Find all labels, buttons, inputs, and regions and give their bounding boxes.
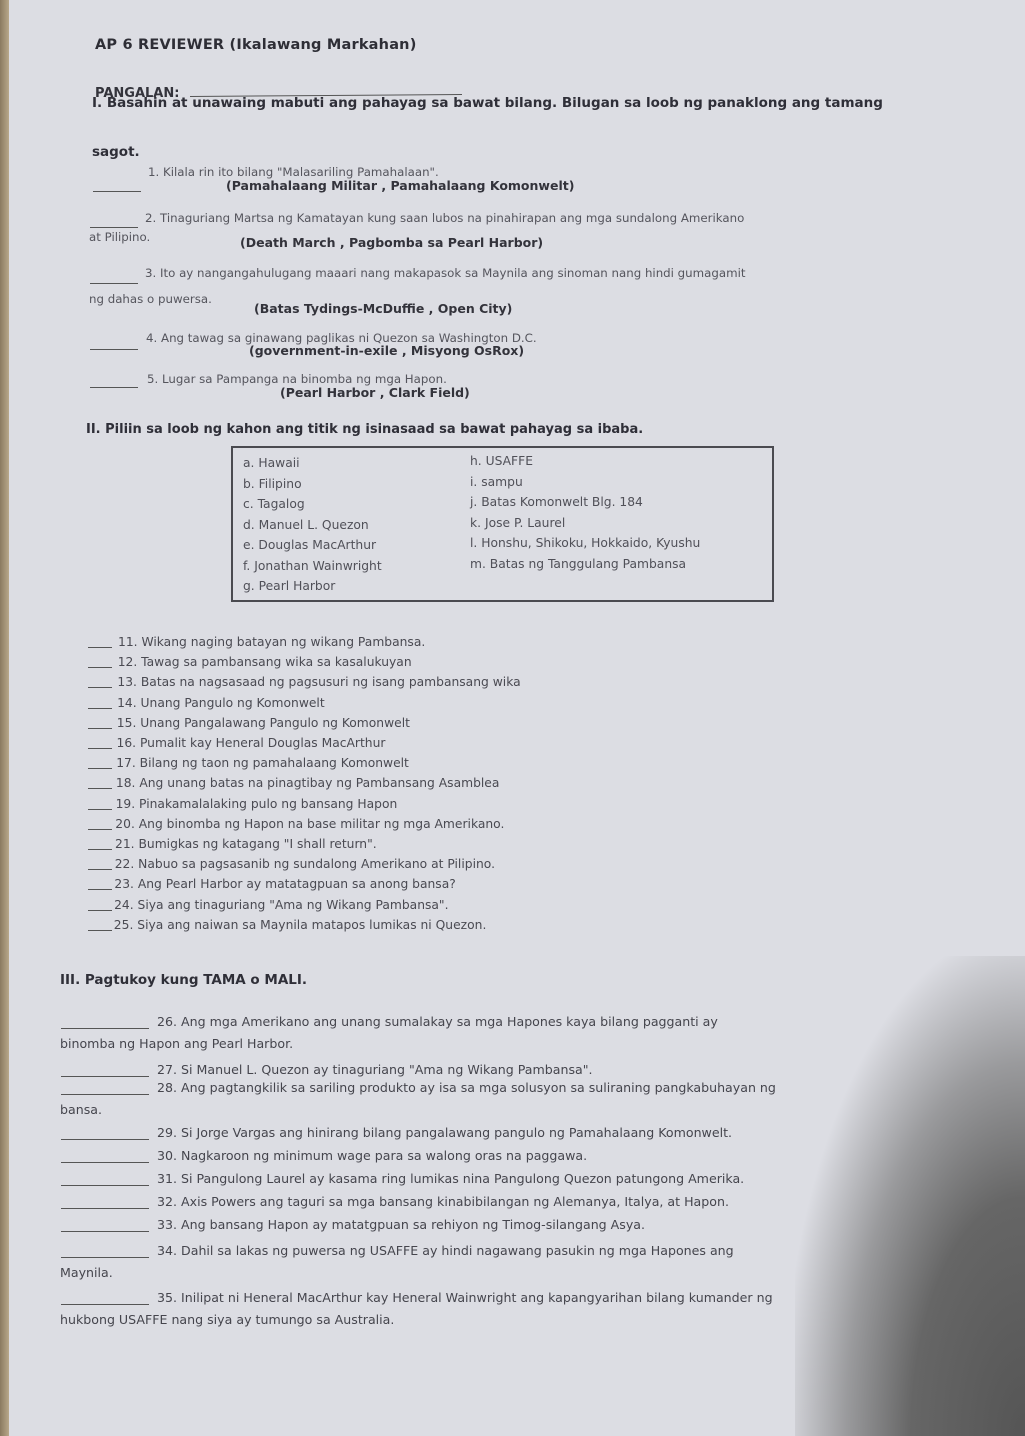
question-2: 2. Tinaguriang Martsa ng Kamatayan kung … (145, 211, 744, 225)
answer-blank[interactable] (61, 1076, 149, 1077)
answer-blank[interactable] (61, 1162, 149, 1163)
word-bank-item: j. Batas Komonwelt Blg. 184 (470, 495, 643, 509)
word-bank-item: f. Jonathan Wainwright (243, 559, 382, 573)
choices-2[interactable]: (Death March , Pagbomba sa Pearl Harbor) (240, 235, 543, 250)
part3-instruction: III. Pagtukoy kung TAMA o MALI. (60, 972, 307, 988)
choices-4[interactable]: (government-in-exile , Misyong OsRox) (249, 343, 524, 358)
question-item: 20. Ang binomba ng Hapon na base militar… (115, 817, 504, 831)
statement-item: 29. Si Jorge Vargas ang hinirang bilang … (157, 1125, 732, 1140)
choices-3[interactable]: (Batas Tydings-McDuffie , Open City) (254, 301, 512, 316)
statement-item: 31. Si Pangulong Laurel ay kasama ring l… (157, 1171, 744, 1186)
word-bank-item: c. Tagalog (243, 497, 305, 511)
statement-item-cont: binomba ng Hapon ang Pearl Harbor. (60, 1036, 293, 1051)
question-item: 24. Siya ang tinaguriang "Ama ng Wikang … (114, 898, 448, 912)
statement-item-cont: hukbong USAFFE nang siya ay tumungo sa A… (60, 1312, 394, 1327)
question-item: 23. Ang Pearl Harbor ay matatagpuan sa a… (114, 877, 455, 891)
statement-item: 27. Si Manuel L. Quezon ay tinaguriang "… (157, 1062, 593, 1077)
answer-blank[interactable] (61, 1094, 149, 1095)
answer-blank[interactable] (88, 849, 112, 850)
answer-blank[interactable] (88, 728, 112, 729)
answer-blank[interactable] (88, 788, 112, 789)
statement-item: 33. Ang bansang Hapon ay matatgpuan sa r… (157, 1217, 645, 1232)
question-item: 18. Ang unang batas na pinagtibay ng Pam… (116, 776, 500, 790)
part1-instruction-cont: sagot. (92, 144, 140, 160)
answer-blank[interactable] (88, 889, 112, 890)
word-bank-box: a. Hawaiib. Filipinoc. Tagalogd. Manuel … (231, 446, 774, 602)
answer-blank-2[interactable] (90, 227, 138, 228)
statement-item-cont: bansa. (60, 1102, 102, 1117)
statement-item: 28. Ang pagtangkilik sa sariling produkt… (157, 1080, 776, 1095)
word-bank-item: d. Manuel L. Quezon (243, 518, 369, 532)
answer-blank[interactable] (61, 1208, 149, 1209)
document-title: AP 6 REVIEWER (Ikalawang Markahan) (95, 37, 417, 53)
question-item: 19. Pinakamalalaking pulo ng bansang Hap… (116, 797, 398, 811)
statement-item: 34. Dahil sa lakas ng puwersa ng USAFFE … (157, 1243, 734, 1258)
question-3-cont: ng dahas o puwersa. (89, 292, 212, 306)
part2-instruction: II. Piliin sa loob ng kahon ang titik ng… (86, 422, 643, 437)
question-item: 11. Wikang naging batayan ng wikang Pamb… (118, 635, 425, 649)
answer-blank[interactable] (88, 748, 112, 749)
word-bank-item: h. USAFFE (470, 454, 533, 468)
answer-blank[interactable] (61, 1304, 149, 1305)
answer-blank[interactable] (88, 708, 112, 709)
answer-blank[interactable] (88, 930, 112, 931)
statement-item: 30. Nagkaroon ng minimum wage para sa wa… (157, 1148, 587, 1163)
answer-blank[interactable] (88, 869, 112, 870)
statement-item: 26. Ang mga Amerikano ang unang sumalaka… (157, 1014, 718, 1029)
choices-1[interactable]: (Pamahalaang Militar , Pamahalaang Komon… (226, 178, 574, 193)
choices-5[interactable]: (Pearl Harbor , Clark Field) (280, 385, 470, 400)
question-item: 14. Unang Pangulo ng Komonwelt (117, 696, 325, 710)
question-item: 15. Unang Pangalawang Pangulo ng Komonwe… (117, 716, 410, 730)
question-item: 13. Batas na nagsasaad ng pagsusuri ng i… (117, 675, 520, 689)
answer-blank[interactable] (61, 1185, 149, 1186)
answer-blank[interactable] (61, 1231, 149, 1232)
question-item: 25. Siya ang naiwan sa Maynila matapos l… (114, 918, 487, 932)
answer-blank-5[interactable] (90, 387, 138, 388)
answer-blank[interactable] (88, 910, 112, 911)
word-bank-item: l. Honshu, Shikoku, Hokkaido, Kyushu (470, 536, 700, 550)
answer-blank[interactable] (88, 768, 112, 769)
answer-blank[interactable] (88, 687, 112, 688)
word-bank-item: g. Pearl Harbor (243, 579, 335, 593)
word-bank-item: b. Filipino (243, 477, 302, 491)
part1-instruction: I. Basahin at unawaing mabuti ang pahaya… (92, 95, 883, 111)
statement-item: 35. Inilipat ni Heneral MacArthur kay He… (157, 1290, 773, 1305)
word-bank-item: a. Hawaii (243, 456, 300, 470)
word-bank-item: k. Jose P. Laurel (470, 516, 565, 530)
question-item: 17. Bilang ng taon ng pamahalaang Komonw… (116, 756, 409, 770)
question-item: 16. Pumalit kay Heneral Douglas MacArthu… (117, 736, 386, 750)
worksheet-page: AP 6 REVIEWER (Ikalawang Markahan) PANGA… (0, 0, 1025, 1436)
question-1: 1. Kilala rin ito bilang "Malasariling P… (148, 165, 439, 179)
statement-item-cont: Maynila. (60, 1265, 113, 1280)
answer-blank[interactable] (88, 667, 112, 668)
word-bank-item: m. Batas ng Tanggulang Pambansa (470, 557, 686, 571)
answer-blank[interactable] (61, 1139, 149, 1140)
question-3: 3. Ito ay nangangahulugang maaari nang m… (145, 266, 745, 280)
statement-item: 32. Axis Powers ang taguri sa mga bansan… (157, 1194, 729, 1209)
answer-blank-4[interactable] (90, 349, 138, 350)
answer-blank[interactable] (88, 809, 112, 810)
question-item: 22. Nabuo sa pagsasanib ng sundalong Ame… (115, 857, 495, 871)
answer-blank-1[interactable] (93, 191, 141, 192)
answer-blank[interactable] (88, 829, 112, 830)
answer-blank-3[interactable] (90, 283, 138, 284)
answer-blank[interactable] (61, 1257, 149, 1258)
question-item: 21. Bumigkas ng katagang "I shall return… (115, 837, 377, 851)
question-5: 5. Lugar sa Pampanga na binomba ng mga H… (147, 372, 447, 386)
question-2-cont: at Pilipino. (89, 230, 150, 244)
word-bank-item: e. Douglas MacArthur (243, 538, 376, 552)
question-item: 12. Tawag sa pambansang wika sa kasaluku… (118, 655, 412, 669)
answer-blank[interactable] (88, 647, 112, 648)
word-bank-item: i. sampu (470, 475, 523, 489)
answer-blank[interactable] (61, 1028, 149, 1029)
